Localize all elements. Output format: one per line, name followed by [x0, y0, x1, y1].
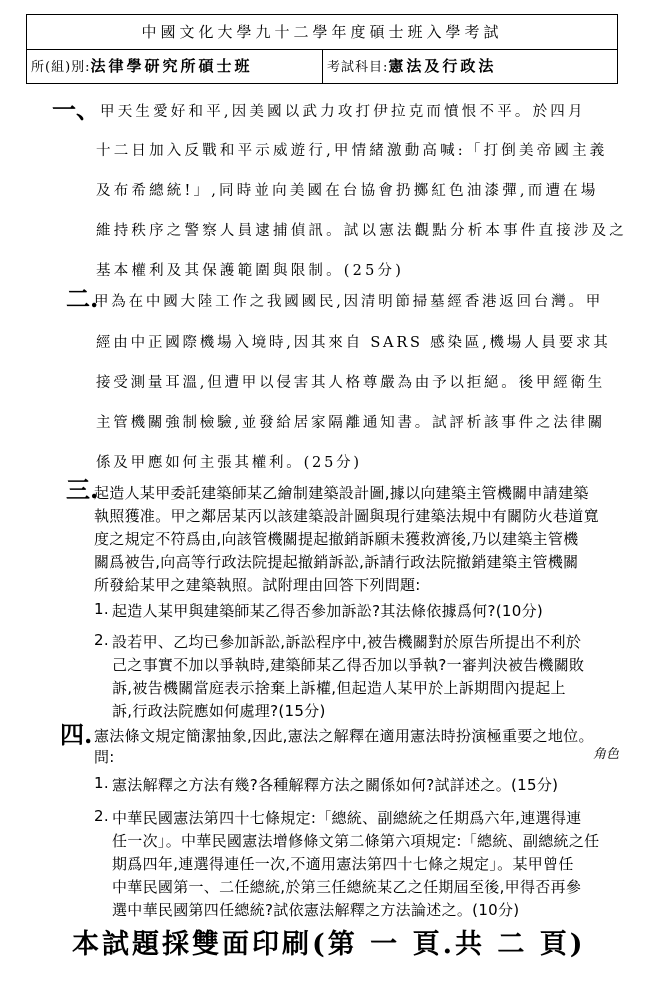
sub-question-text-line: 憲法解釋之方法有幾?各種解釋方法之關係如何?試詳述之。(15分) — [112, 774, 558, 795]
question-text-line: 接受測量耳溫,但遭甲以侵害其人格尊嚴為由予以拒絕。後甲經衛生 — [96, 371, 605, 392]
exam-header: 中國文化大學九十二學年度碩士班入學考試 所(組)別:法律學研究所碩士班 考試科目… — [26, 14, 618, 84]
sub-question-text-line: 訴,行政法院應如何處理?(15分) — [112, 700, 326, 721]
question-text-line: 維持秩序之警察人員逮捕偵訊。試以憲法觀點分析本事件直接涉及之 — [96, 219, 627, 240]
question-number: 四. — [60, 723, 92, 747]
question-text-line: 關爲被告,向高等行政法院提起撤銷訴訟,訴請行政法院撤銷建築主管機關 — [94, 551, 578, 572]
exam-info-row: 所(組)別:法律學研究所碩士班 考試科目:憲法及行政法 — [27, 50, 617, 83]
subject-cell: 考試科目:憲法及行政法 — [323, 50, 617, 83]
sub-question-number: 1. — [94, 774, 109, 792]
sub-question-text-line: 己之事實不加以爭執時,建築師某乙得否加以爭執?一審判決被告機關敗 — [112, 654, 584, 675]
question-text-line: 經由中正國際機場入境時,因其來自 SARS 感染區,機場人員要求其 — [96, 331, 611, 352]
question-text-line: 憲法條文規定簡潔抽象,因此,憲法之解釋在適用憲法時扮演極重要之地位。 — [94, 725, 594, 746]
question-text-line: 所發給某甲之建築執照。試附理由回答下列問題: — [94, 574, 421, 595]
sub-question-text-line: 選中華民國第四任總統?試依憲法解釋之方法論述之。(10分) — [112, 899, 519, 920]
sub-question-text-line: 設若甲、乙均已參加訴訟,訴訟程序中,被告機關對於原告所提出不利於 — [112, 631, 581, 652]
sub-question-number: 2. — [94, 807, 109, 825]
question-text-line: 執照獲准。甲之鄰居某丙以該建築設計圖與現行建築法規中有關防火巷道寬 — [94, 505, 599, 526]
sub-question-text-line: 起造人某甲與建築師某乙得否參加訴訟?其法條依據爲何?(10分) — [112, 600, 543, 621]
sub-question-number: 2. — [94, 631, 109, 649]
question-text-line: 主管機關強制檢驗,並發給居家隔離通知書。試評析該事件之法律關 — [96, 411, 605, 432]
sub-question-text-line: 訴,被告機關當庭表示捨棄上訴權,但起造人某甲於上訴期間內提起上 — [112, 677, 566, 698]
department-cell: 所(組)別:法律學研究所碩士班 — [27, 50, 323, 83]
sub-question-text-line: 任一次」。中華民國憲法增修條文第二條第六項規定:「總統、副總統之任 — [112, 830, 599, 851]
question-text-line: 十二日加入反戰和平示威遊行,甲情緒激動高喊:「打倒美帝國主義 — [96, 139, 608, 160]
sub-question-text-line: 期爲四年,連選得連任一次,不適用憲法第四十七條之規定」。某甲曾任 — [112, 853, 574, 874]
department-label: 所(組)別: — [31, 60, 91, 75]
question-text-line: 起造人某甲委託建築師某乙繪制建築設計圖,據以向建築主管機關申請建築 — [94, 482, 589, 503]
question-text-line: 度之規定不符爲由,向該管機關提起撤銷訴願未獲救濟後,乃以建築主管機 — [94, 528, 578, 549]
handwritten-correction: 角色 — [593, 743, 619, 762]
page-footer: 本試題採雙面印刷(第 一 頁.共 二 頁) — [72, 922, 586, 961]
sub-question-text-line: 中華民國第一、二任總統,於第三任總統某乙之任期屆至後,甲得否再參 — [112, 876, 581, 897]
question-text-line: 甲為在中國大陸工作之我國國民,因清明節掃墓經香港返回台灣。甲 — [94, 290, 603, 311]
question-text-line: 甲天生愛好和平,因美國以武力攻打伊拉克而憤恨不平。於四月 — [100, 100, 586, 121]
question-text-line: 問: — [94, 746, 115, 767]
question-text-line: 及布希總統!」,同時並向美國在台協會扔擲紅色油漆彈,而遭在場 — [96, 179, 599, 200]
sub-question-number: 1. — [94, 600, 109, 618]
sub-question-text-line: 中華民國憲法第四十七條規定:「總統、副總統之任期爲六年,連選得連 — [112, 807, 581, 828]
question-text-line: 係及甲應如何主張其權利。(25分) — [96, 451, 362, 472]
question-text-line: 基本權利及其保護範圍與限制。(25分) — [96, 259, 404, 280]
question-number: 一、 — [52, 98, 100, 122]
department-value: 法律學研究所碩士班 — [91, 57, 253, 75]
subject-value: 憲法及行政法 — [388, 57, 496, 75]
subject-label: 考試科目: — [327, 60, 388, 75]
exam-title: 中國文化大學九十二學年度碩士班入學考試 — [27, 15, 617, 50]
